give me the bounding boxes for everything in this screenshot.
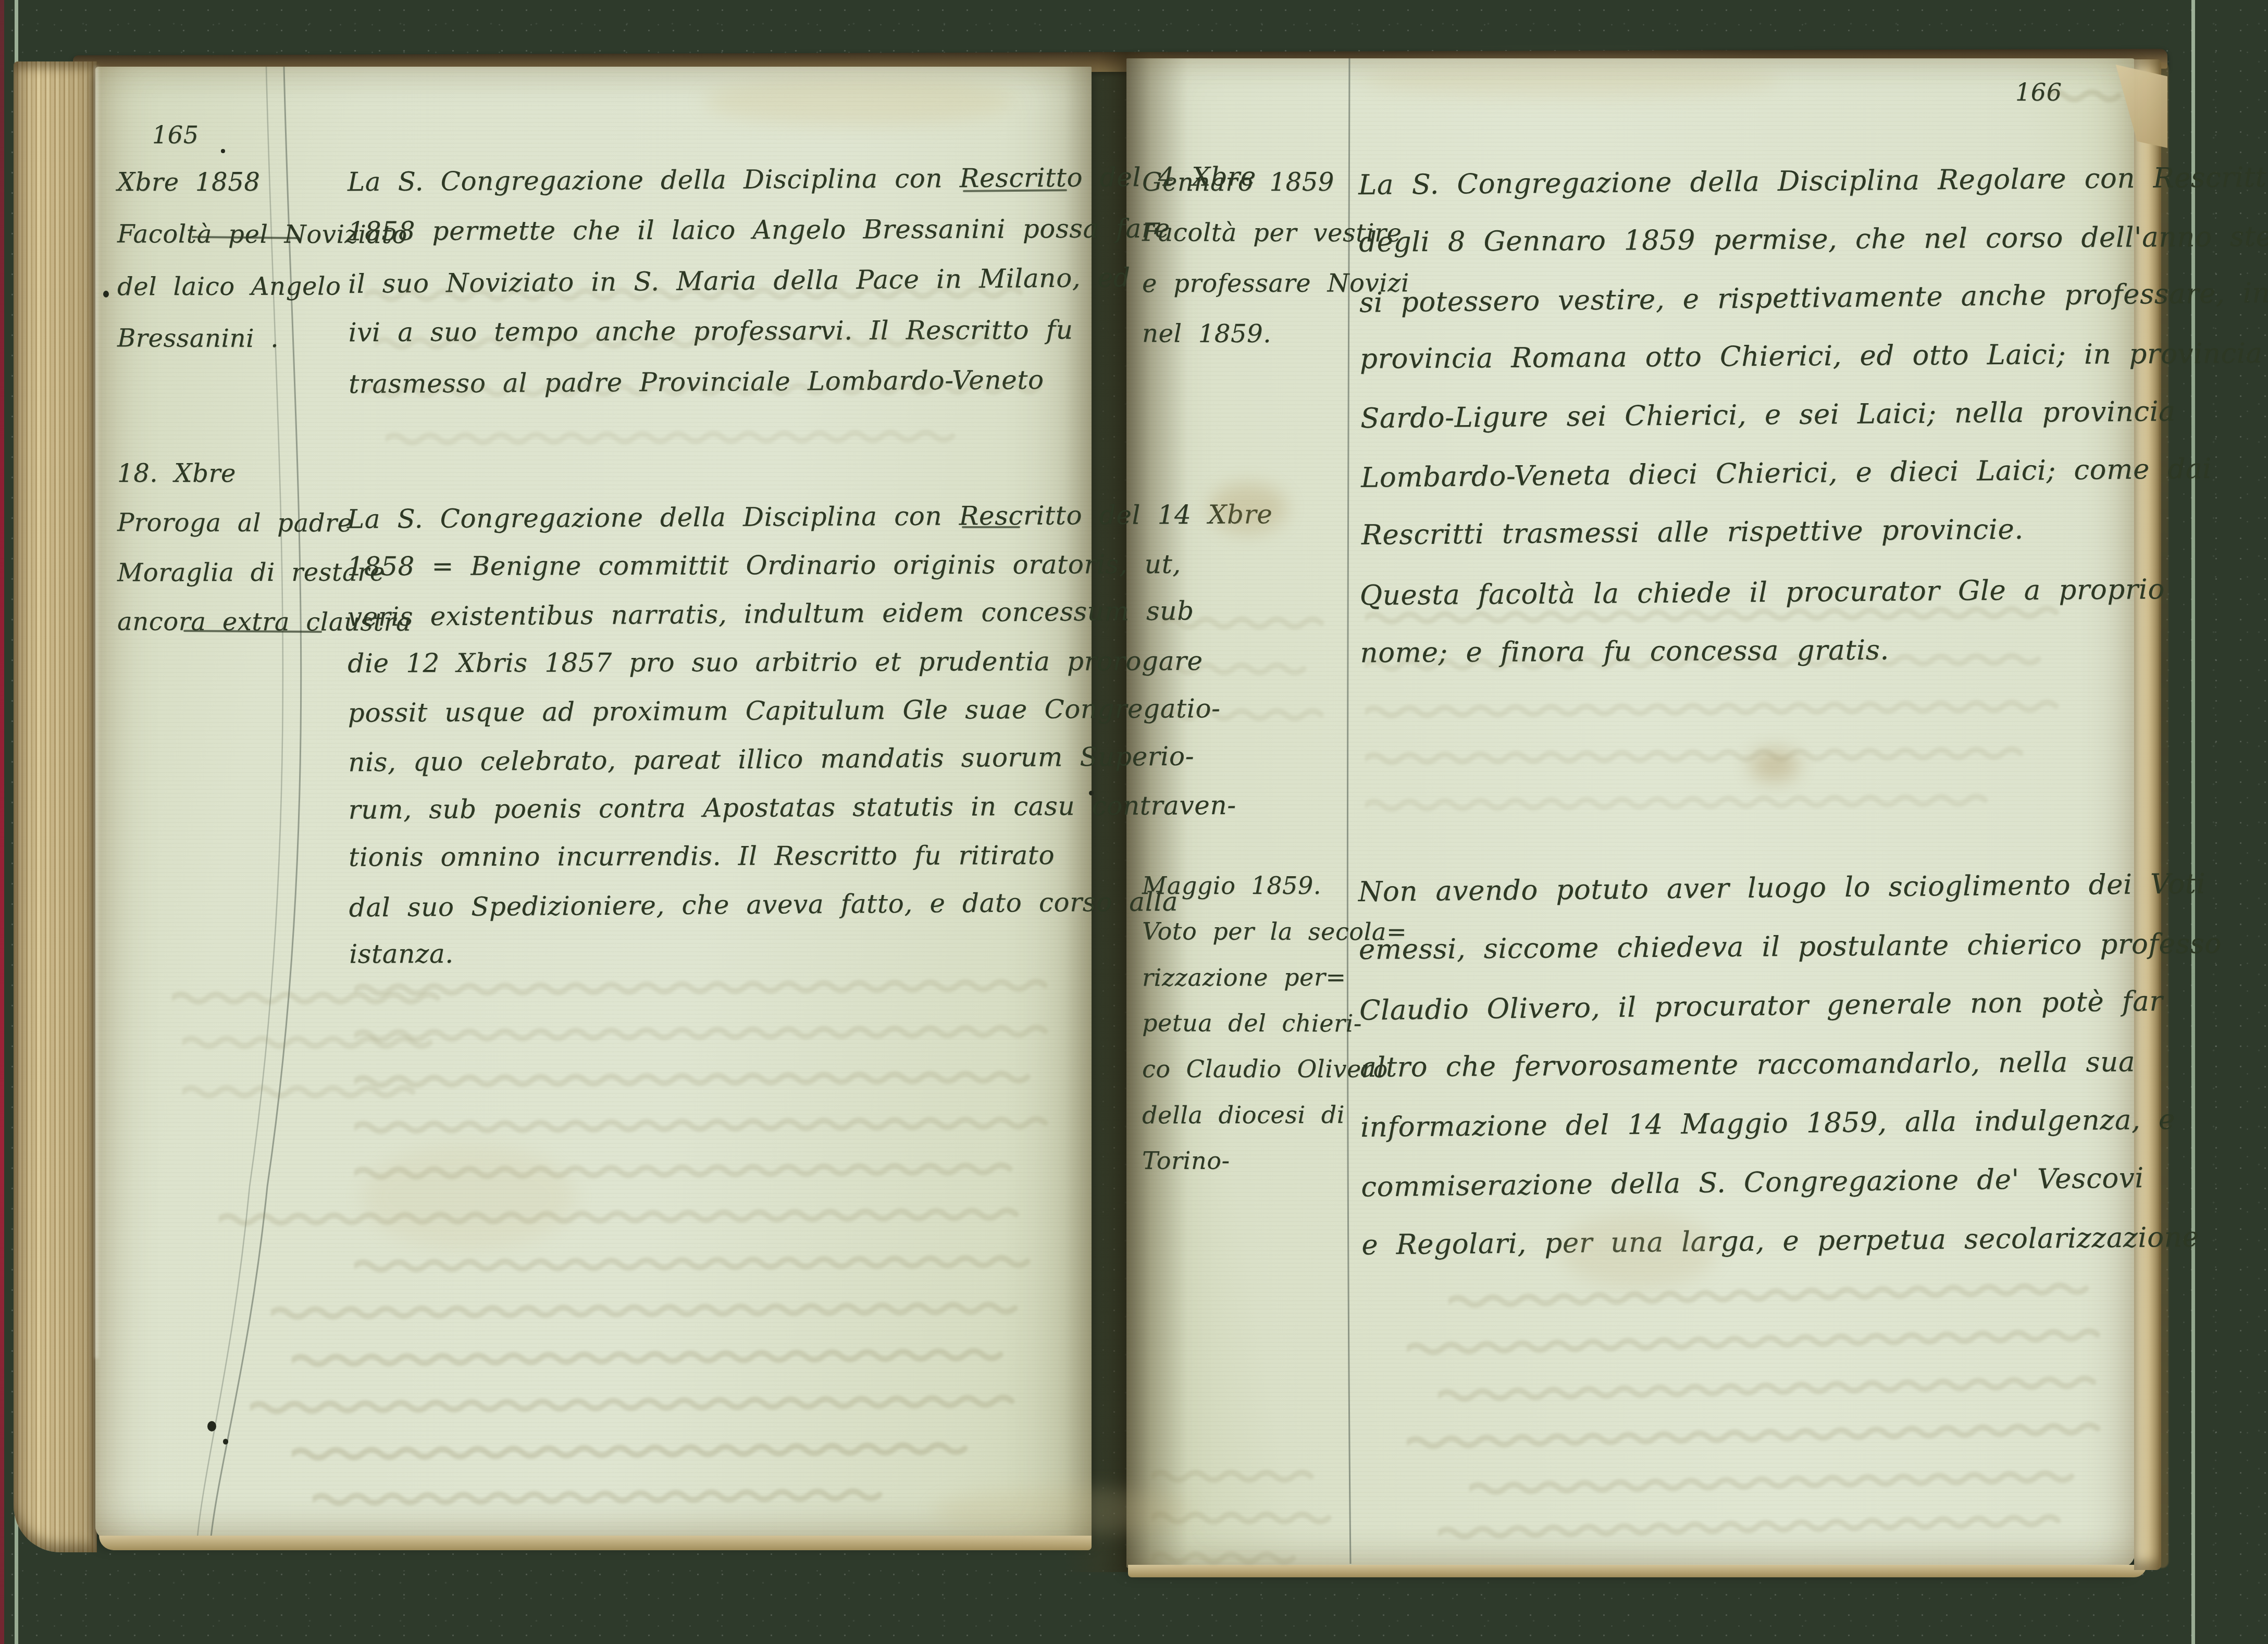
- foxing-stain: [1560, 1213, 1717, 1288]
- manuscript-line: possit usque ad proximum Capitulum Gle s…: [348, 684, 1274, 737]
- scan-edge-red-artifact: [0, 0, 4, 1644]
- manuscript-line: rum, sub poenis contra Apostatas statuti…: [348, 781, 1274, 834]
- foxing-stain: [703, 77, 1016, 125]
- entry-body-noviziato-bressanini: La S. Congregazione della Disciplina con…: [348, 152, 1258, 410]
- foxing-stain: [1209, 483, 1287, 533]
- manuscript-line: istanza.: [349, 928, 1275, 979]
- manuscript-line: e Regolari, per una larga, e perpetua se…: [1361, 1207, 2225, 1275]
- paper-crease: [95, 67, 98, 1359]
- entry-body-facolta-vestire: La S. Congregazione della Disciplina Reg…: [1358, 148, 2268, 565]
- ink-speck: [221, 149, 225, 153]
- manuscript-line: informazione del 14 Maggio 1859, alla in…: [1360, 1090, 2224, 1157]
- manuscript-line: nis, quo celebrato, pareat illico mandat…: [348, 731, 1274, 787]
- entry-body-olivero-secolarizzazione: Non avendo potuto aver luogo lo scioglim…: [1358, 854, 2224, 1275]
- foxing-stain: [1750, 749, 1799, 781]
- manuscript-line: veris existentibus narratis, indultum ei…: [347, 586, 1273, 641]
- manuscript-line: die 12 Xbris 1857 pro suo arbitrio et pr…: [348, 637, 1273, 688]
- ink-speck: [1089, 791, 1094, 795]
- manuscript-line: La S. Congregazione della Disciplina con…: [347, 490, 1273, 543]
- manuscript-line: si potessero vestire, e rispettivamente …: [1359, 264, 2268, 332]
- manuscript-line: tionis omnino incurrendis. Il Rescritto …: [349, 831, 1274, 882]
- manuscript-line: nome; e finora fu concessa gratis.: [1360, 620, 2165, 682]
- manuscript-line: il suo Noviziato in S. Maria della Pace …: [348, 252, 1257, 309]
- manuscript-line: 1858 permette che il laico Angelo Bressa…: [348, 203, 1256, 257]
- manuscript-line: emessi, siccome chiedeva il postulante c…: [1358, 914, 2222, 979]
- page-number-right: 166: [2015, 78, 2062, 106]
- manuscript-line: La S. Congregazione della Disciplina Reg…: [1358, 148, 2268, 215]
- manuscript-line: 1858 = Benigne committit Ordinario origi…: [347, 540, 1273, 591]
- page-number-left: 165: [152, 121, 199, 149]
- manuscript-line: Questa facoltà la chiede il procurator G…: [1359, 561, 2165, 625]
- manuscript-line: commiserazione della S. Congregazione de…: [1361, 1148, 2224, 1216]
- entry-body-facolta-paragraph2: Questa facoltà la chiede il procurator G…: [1359, 561, 2165, 683]
- manuscript-line: Lombardo-Veneta dieci Chierici, e dieci …: [1360, 439, 2268, 507]
- manuscript-line: degli 8 Gennaro 1859 permise, che nel co…: [1359, 207, 2268, 272]
- manuscript-line: dal suo Spedizioniere, che aveva fatto, …: [349, 877, 1274, 932]
- page-stack-fore-edge-left: [14, 61, 97, 1552]
- foxing-stain: [1363, 61, 1780, 98]
- right-page-bottom-edge: [1128, 1565, 2147, 1577]
- left-page-bottom-edge: [99, 1536, 1092, 1550]
- manuscript-line: La S. Congregazione della Disciplina con…: [348, 152, 1257, 208]
- manuscript-line: trasmesso al padre Provinciale Lombardo-…: [349, 354, 1258, 410]
- ink-underline-14: [962, 526, 1020, 528]
- ink-speck: [223, 1439, 228, 1444]
- scanned-manuscript-screenshot: { "doc": { "left_page": { "page_number":…: [0, 0, 2268, 1644]
- manuscript-line: 18. Xbre: [117, 449, 411, 499]
- ink-speck: [103, 291, 109, 297]
- foxing-stain: [362, 1143, 576, 1250]
- manuscript-line: Sardo-Ligure sei Chierici, e sei Laici; …: [1360, 381, 2268, 448]
- manuscript-line: provincia Romana otto Chierici, ed otto …: [1360, 324, 2268, 389]
- manuscript-line: Non avendo potuto aver luogo lo scioglim…: [1358, 854, 2221, 921]
- manuscript-line: ivi a suo tempo anche professarvi. Il Re…: [348, 304, 1257, 358]
- ink-speck: [207, 1421, 216, 1431]
- entry-body-proroga-moraglia: La S. Congregazione della Disciplina con…: [347, 490, 1275, 979]
- foxing-stain: [933, 1487, 1193, 1535]
- manuscript-line: Claudio Olivero, il procurator generale …: [1359, 971, 2222, 1040]
- manuscript-line: Rescritti trasmessi alle rispettive prov…: [1361, 498, 2268, 565]
- manuscript-line: altro che fervorosamente raccomandarlo, …: [1360, 1032, 2223, 1097]
